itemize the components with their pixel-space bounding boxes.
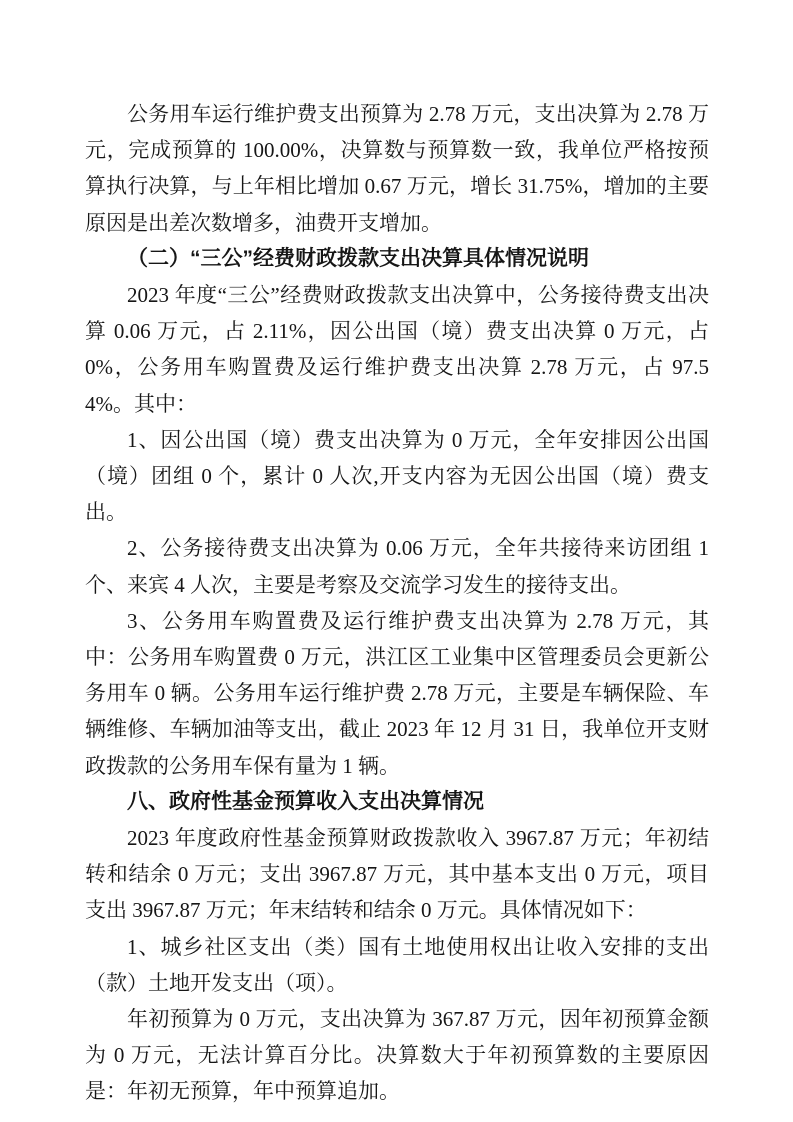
paragraph-vehicle-maintenance-summary: 公务用车运行维护费支出预算为 2.78 万元，支出决算为 2.78 万元，完成预… bbox=[85, 96, 709, 241]
paragraph-item-2-official-reception: 2、公务接待费支出决算为 0.06 万元，全年共接待来访团组 1 个、来宾 4 … bbox=[85, 530, 709, 602]
section-heading-three-public-expenses-detail: （二）“三公”经费财政拨款支出决算具体情况说明 bbox=[85, 241, 709, 277]
paragraph-land-development-budget-detail: 年初预算为 0 万元，支出决算为 367.87 万元，因年初预算金额为 0 万元… bbox=[85, 1001, 709, 1110]
paragraph-three-public-overview: 2023 年度“三公”经费财政拨款支出决算中，公务接待费支出决算 0.06 万元… bbox=[85, 277, 709, 422]
paragraph-item-1-overseas-travel: 1、因公出国（境）费支出决算为 0 万元，全年安排因公出国（境）团组 0 个，累… bbox=[85, 422, 709, 531]
paragraph-item-1-urban-rural-community: 1、城乡社区支出（类）国有土地使用权出让收入安排的支出（款）土地开发支出（项）。 bbox=[85, 929, 709, 1001]
paragraph-government-fund-overview: 2023 年度政府性基金预算财政拨款收入 3967.87 万元；年初结转和结余 … bbox=[85, 820, 709, 929]
paragraph-item-3-official-vehicles: 3、公务用车购置费及运行维护费支出决算为 2.78 万元，其中：公务用车购置费 … bbox=[85, 603, 709, 784]
document-body: 公务用车运行维护费支出预算为 2.78 万元，支出决算为 2.78 万元，完成预… bbox=[85, 96, 709, 1110]
document-page: 公务用车运行维护费支出预算为 2.78 万元，支出决算为 2.78 万元，完成预… bbox=[0, 0, 793, 1122]
section-heading-government-fund-budget: 八、政府性基金预算收入支出决算情况 bbox=[85, 784, 709, 820]
